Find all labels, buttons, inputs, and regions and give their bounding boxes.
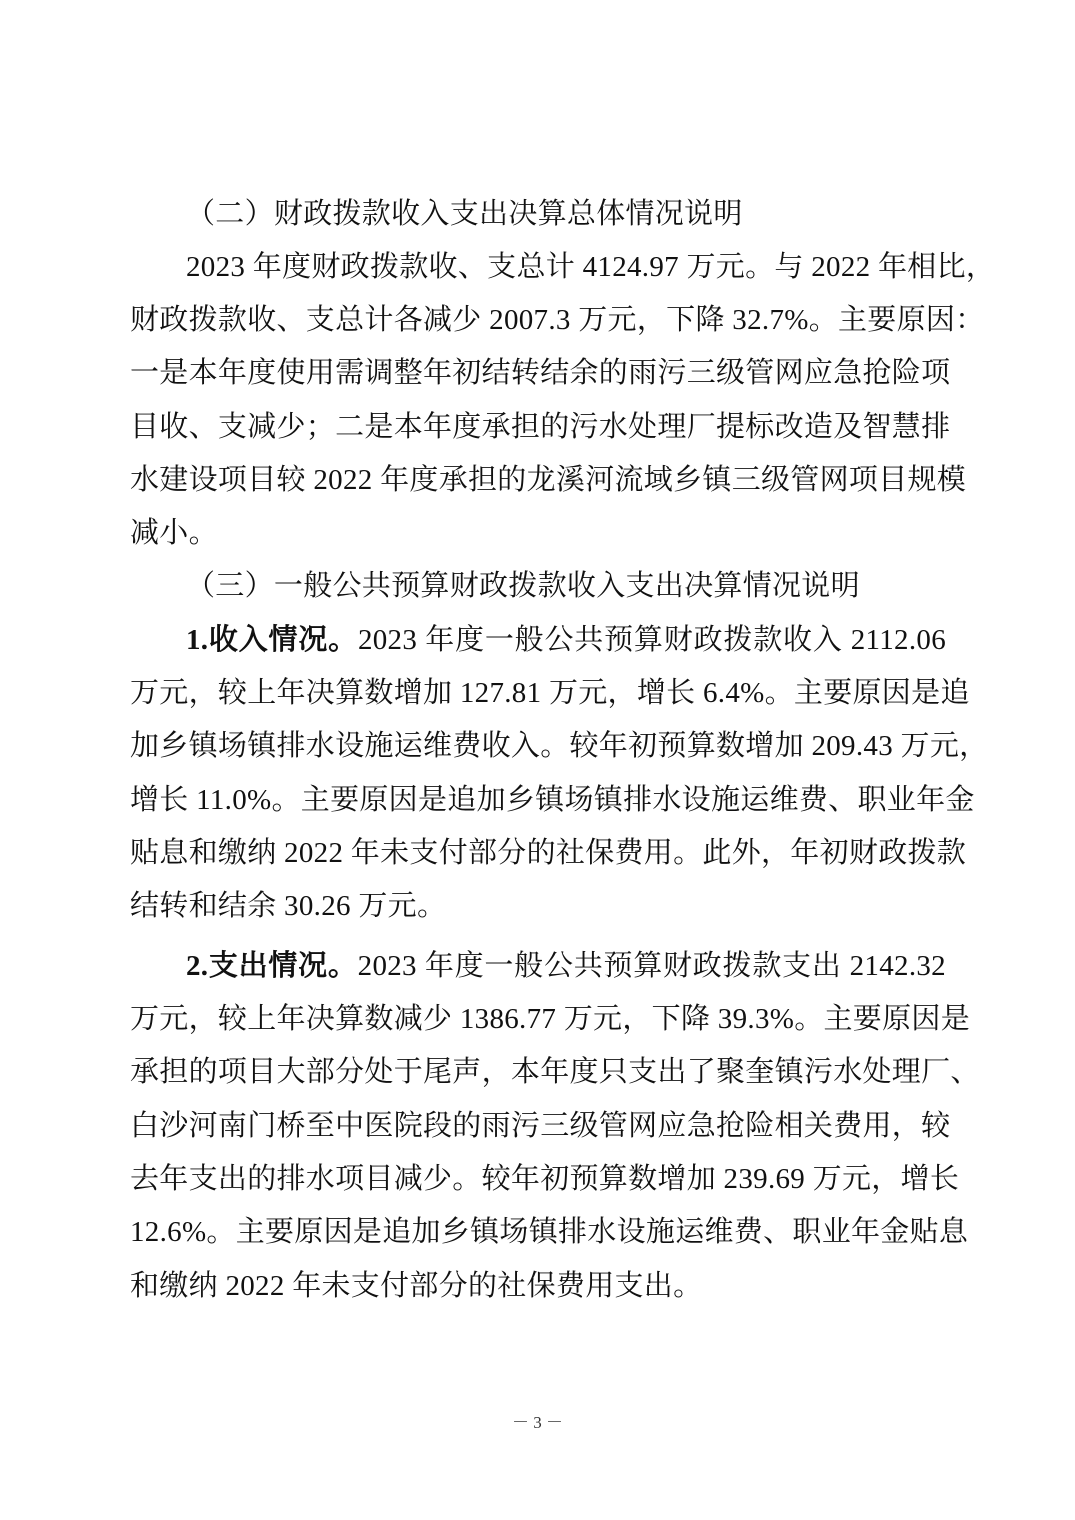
- expenditure-paragraph-first-line: 2.支出情况。2023 年度一般公共预算财政拨款支出 2142.32: [186, 948, 946, 984]
- paragraph-line: 目收、支减少；二是本年度承担的污水处理厂提标改造及智慧排: [130, 409, 946, 445]
- paragraph-line: 万元，较上年决算数增加 127.81 万元，增长 6.4%。主要原因是追: [130, 675, 946, 711]
- paragraph-line: 贴息和缴纳 2022 年未支付部分的社保费用。此外，年初财政拨款: [130, 835, 946, 871]
- paragraph-line: 水建设项目较 2022 年度承担的龙溪河流域乡镇三级管网项目规模: [130, 462, 946, 498]
- income-first-line-text: 2023 年度一般公共预算财政拨款收入 2112.06: [358, 624, 946, 656]
- income-lead: 1.收入情况。: [186, 624, 358, 656]
- section-heading-3: （三）一般公共预算财政拨款收入支出决算情况说明: [186, 568, 1002, 604]
- document-page: （二）财政拨款收入支出决算总体情况说明 2023 年度财政拨款收、支总计 412…: [0, 0, 1075, 1520]
- expenditure-first-line-text: 2023 年度一般公共预算财政拨款支出 2142.32: [358, 950, 946, 982]
- income-paragraph-first-line: 1.收入情况。2023 年度一般公共预算财政拨款收入 2112.06: [186, 622, 946, 658]
- section-heading-2: （二）财政拨款收入支出决算总体情况说明: [186, 196, 1002, 232]
- expenditure-lead: 2.支出情况。: [186, 950, 358, 982]
- paragraph-line: 和缴纳 2022 年未支付部分的社保费用支出。: [130, 1268, 946, 1304]
- paragraph-line: 承担的项目大部分处于尾声，本年度只支出了聚奎镇污水处理厂、: [130, 1054, 946, 1090]
- paragraph-line: 加乡镇场镇排水设施运维费收入。较年初预算数增加 209.43 万元，: [130, 728, 946, 764]
- paragraph-line: 结转和结余 30.26 万元。: [130, 888, 946, 924]
- paragraph-line: 一是本年度使用需调整年初结转结余的雨污三级管网应急抢险项: [130, 355, 946, 391]
- page-number: － 3 －: [0, 1408, 1075, 1433]
- paragraph-line: 财政拨款收、支总计各减少 2007.3 万元，下降 32.7%。主要原因：: [130, 302, 946, 338]
- paragraph-line: 增长 11.0%。主要原因是追加乡镇场镇排水设施运维费、职业年金: [130, 782, 946, 818]
- paragraph-line: 2023 年度财政拨款收、支总计 4124.97 万元。与 2022 年相比，: [186, 249, 946, 285]
- paragraph-line: 减小。: [130, 515, 946, 551]
- paragraph-line: 万元，较上年决算数减少 1386.77 万元，下降 39.3%。主要原因是: [130, 1001, 946, 1037]
- paragraph-line: 12.6%。主要原因是追加乡镇场镇排水设施运维费、职业年金贴息: [130, 1214, 946, 1250]
- paragraph-line: 白沙河南门桥至中医院段的雨污三级管网应急抢险相关费用，较: [130, 1108, 946, 1144]
- paragraph-line: 去年支出的排水项目减少。较年初预算数增加 239.69 万元，增长: [130, 1161, 946, 1197]
